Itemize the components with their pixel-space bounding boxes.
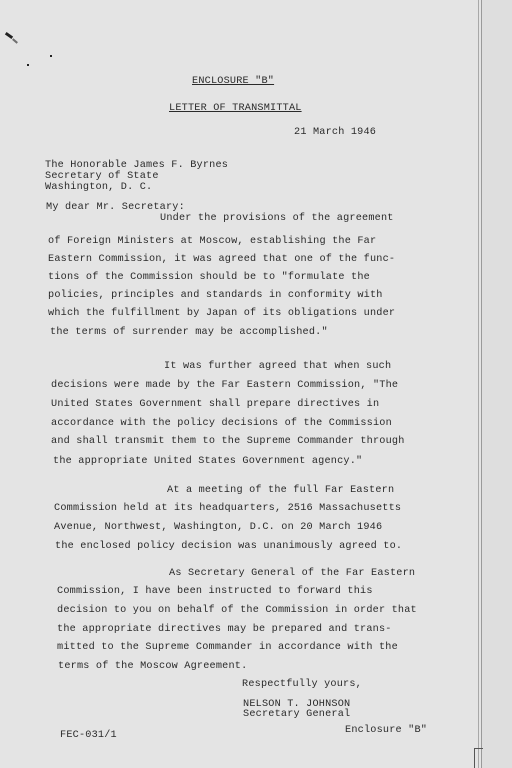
paragraph-line: which the fulfillment by Japan of its ob…: [48, 308, 395, 320]
ink-dot: [50, 55, 52, 57]
letter-date: 21 March 1946: [294, 127, 376, 139]
paragraph-line: the appropriate United States Government…: [53, 456, 362, 468]
addressee-line: Washington, D. C.: [45, 182, 152, 193]
paragraph-line: terms of the Moscow Agreement.: [58, 661, 247, 673]
page-corner-mark: [474, 748, 483, 768]
paragraph-line: decision to you on behalf of the Commiss…: [57, 605, 417, 617]
paragraph-line: policies, principles and standards in co…: [48, 290, 383, 302]
paragraph-line: Under the provisions of the agreement: [160, 213, 394, 225]
paragraph-line: Commission, I have been instructed to fo…: [57, 586, 373, 598]
signer-title: Secretary General: [243, 709, 350, 720]
enclosure-label: Enclosure "B": [345, 725, 427, 737]
paragraph-line: of Foreign Ministers at Moscow, establis…: [48, 236, 376, 248]
paragraph-line: United States Government shall prepare d…: [51, 399, 379, 411]
addressee-line: The Honorable James F. Byrnes: [45, 160, 228, 171]
paragraph-line: It was further agreed that when such: [164, 361, 391, 373]
page-edge: [478, 0, 479, 768]
adjacent-page-strip: [482, 0, 512, 768]
paragraph-line: At a meeting of the full Far Eastern: [167, 485, 394, 497]
subheading: LETTER OF TRANSMITTAL: [169, 103, 302, 115]
ink-dot: [27, 64, 29, 66]
paragraph-line: Commission held at its headquarters, 251…: [54, 503, 401, 515]
paragraph-line: Eastern Commission, it was agreed that o…: [48, 254, 395, 266]
paragraph-line: the appropriate directives may be prepar…: [57, 624, 392, 636]
paragraph-line: mitted to the Supreme Commander in accor…: [57, 642, 398, 654]
paragraph-line: and shall transmit them to the Supreme C…: [51, 436, 405, 448]
heading: ENCLOSURE "B": [192, 76, 274, 88]
paragraph-line: the terms of surrender may be accomplish…: [50, 327, 328, 339]
paragraph-line: the enclosed policy decision was unanimo…: [55, 541, 402, 553]
paragraph-line: decisions were made by the Far Eastern C…: [51, 380, 398, 392]
paragraph-line: Avenue, Northwest, Washington, D.C. on 2…: [54, 522, 382, 534]
closing: Respectfully yours,: [242, 679, 362, 691]
addressee-line: Secretary of State: [45, 171, 159, 182]
paragraph-line: As Secretary General of the Far Eastern: [169, 568, 415, 580]
paragraph-line: accordance with the policy decisions of …: [51, 418, 392, 430]
paragraph-line: tions of the Commission should be to "fo…: [48, 272, 370, 284]
document-code: FEC-031/1: [60, 730, 117, 742]
